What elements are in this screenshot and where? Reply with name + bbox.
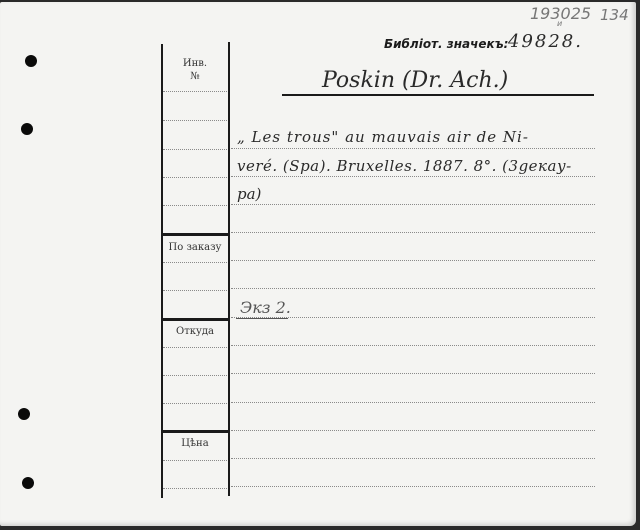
ruled-line: [163, 290, 227, 291]
ruled-line: [231, 288, 595, 289]
section-rule: [161, 233, 229, 236]
ruled-line: [163, 347, 227, 348]
ruled-line: [163, 120, 227, 121]
punch-hole: [21, 123, 33, 135]
ruled-line: [163, 149, 227, 150]
ruled-line: [231, 486, 595, 487]
ruled-line: [163, 177, 227, 178]
page-number: 134: [600, 6, 629, 24]
inv-label: Инв.: [162, 58, 228, 69]
ruled-line: [163, 403, 227, 404]
left-column-divider: [228, 42, 230, 496]
ruled-line: [163, 262, 227, 263]
copy-note-underline: [236, 318, 288, 319]
inv-number-sign: №: [162, 71, 228, 82]
ruled-line: [231, 260, 595, 261]
title-line-1: „ Les trous" au mauvais air de Ni-: [237, 128, 529, 146]
ruled-line: [231, 204, 595, 205]
price-label: Цѣна: [162, 438, 228, 449]
author-heading: Poskin (Dr. Ach.): [322, 68, 508, 93]
ruled-line: [163, 460, 227, 461]
catalog-card: Инв. № По заказу Откуда Цѣна 193025 и 13…: [0, 2, 636, 526]
punch-hole: [22, 477, 34, 489]
ruled-line: [163, 488, 227, 489]
title-line-2: veré. (Spa). Bruxelles. 1887. 8°. (3gека…: [237, 157, 572, 175]
library-mark-label: Библіот. значекъ:: [384, 37, 508, 51]
ruled-line: [231, 176, 595, 177]
ruled-line: [163, 205, 227, 206]
punch-hole: [18, 408, 30, 420]
ruled-line: [231, 402, 595, 403]
author-underline: [282, 94, 594, 96]
ruled-line: [231, 345, 595, 346]
library-mark-value: 49828.: [508, 31, 583, 52]
order-label: По заказу: [162, 242, 228, 253]
section-rule: [161, 430, 229, 433]
source-label: Откуда: [162, 326, 228, 337]
title-line-3: pa): [237, 185, 261, 203]
copy-note: Экз 2.: [240, 298, 291, 317]
ruled-line: [163, 91, 227, 92]
punch-hole: [25, 55, 37, 67]
ruled-line: [231, 430, 595, 431]
ruled-line: [231, 232, 595, 233]
ruled-line: [231, 148, 595, 149]
ruled-line: [231, 373, 595, 374]
section-rule: [161, 318, 229, 321]
ruled-line: [231, 458, 595, 459]
accession-sub-mark: и: [557, 19, 562, 28]
ruled-line: [163, 375, 227, 376]
